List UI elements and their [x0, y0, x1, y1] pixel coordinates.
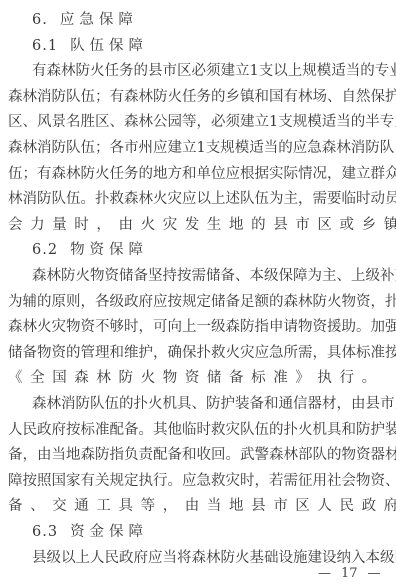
text-line: 森林火灾物资不够时，可向上一级森防指申请物资援助。加强对 — [8, 317, 386, 337]
section-title: 资金保障 — [70, 524, 148, 540]
text-line: 伍；有森林防火任务的地方和单位应根据实际情况，建立群众森 — [8, 164, 386, 184]
text-line: 森林消防队伍的扑火机具、防护装备和通信器材，由县市区 — [32, 394, 386, 414]
text-line: 为辅的原则，各级政府应按规定储备足额的森林防火物资，扑救 — [8, 292, 386, 312]
section-title: 物资保障 — [70, 242, 148, 258]
text-line: 障按照国家有关规定执行。应急救灾时，若需征用社会物资、设 — [8, 471, 386, 491]
text-line: 备、交通工具等，由当地县市区人民政府负责。 — [8, 496, 386, 516]
text-line: 县级以上人民政府应当将森林防火基础设施建设纳入本级国 — [32, 548, 386, 568]
page-number-value: 17 — [341, 566, 358, 581]
section-title: 队伍保障 — [70, 38, 148, 54]
section-heading-6-3: 6.3资金保障 — [32, 522, 386, 542]
page-dash-right: — — [368, 566, 381, 581]
section-number: 6.1 — [32, 38, 58, 54]
section-heading-6-2: 6.2物资保障 — [32, 240, 386, 260]
text-line: 林消防队伍。扑救森林火灾应以上述队伍为主，需要临时动员社 — [8, 189, 386, 209]
section-title: 应急保障 — [60, 12, 138, 28]
text-line: 森林消防队伍；有森林防火任务的乡镇和国有林场、自然保护 — [8, 87, 386, 107]
text-line: 森林消防队伍；各市州应建立1支规模适当的应急森林消防队 — [8, 138, 386, 158]
document-page: 6.应急保障 6.1队伍保障 有森林防火任务的县市区必须建立1支以上规模适当的专… — [0, 0, 396, 587]
section-heading-6-1: 6.1队伍保障 — [32, 36, 386, 56]
section-heading-6: 6.应急保障 — [32, 10, 386, 30]
text-line: 会力量时，由火灾发生地的县市区或乡镇人民政府负责。 — [8, 215, 386, 235]
text-line: 森林防火物资储备坚持按需储备、本级保障为主、上级补充 — [32, 266, 386, 286]
text-line: 《全国森林防火物资储备标准》执行。 — [8, 368, 386, 388]
page-number: —17— — [318, 566, 381, 582]
text-line: 有森林防火任务的县市区必须建立1支以上规模适当的专业 — [32, 61, 386, 81]
section-number: 6. — [32, 12, 48, 28]
text-line: 备，由当地森防指负责配备和收回。武警森林部队的物资器材保 — [8, 445, 386, 465]
section-number: 6.2 — [32, 242, 58, 258]
page-dash-left: — — [318, 566, 331, 581]
text-line: 人民政府按标准配备。其他临时救灾队伍的扑火机具和防护装 — [8, 420, 386, 440]
text-line: 储备物资的管理和维护，确保扑救火灾应急所需，具体标准按 — [8, 343, 386, 363]
section-number: 6.3 — [32, 524, 58, 540]
text-line: 区、风景名胜区、森林公园等，必须建立1支规模适当的半专业 — [8, 112, 386, 132]
